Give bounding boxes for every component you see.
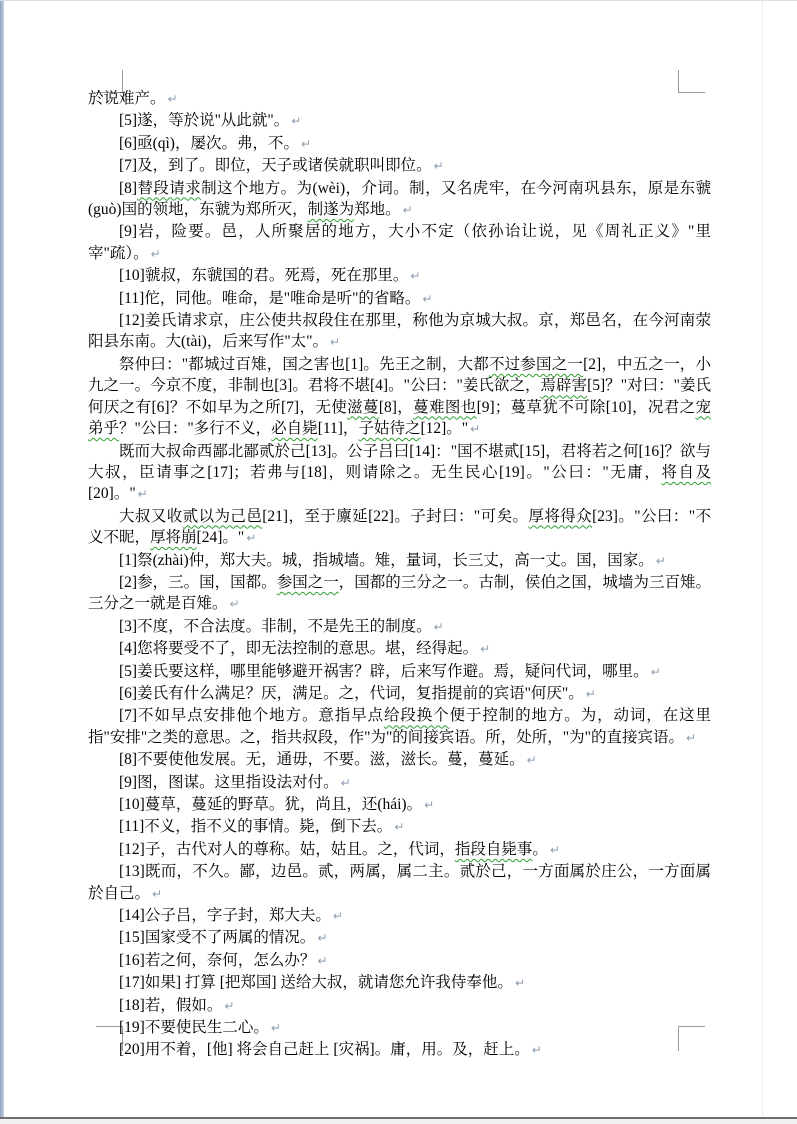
grammar-check-wavy-text: 制遂为 [308,201,355,218]
paragraph: [9]图，图谋。这里指设法对付。↵ [88,772,711,794]
text-run: [19]不要使民生二心。 [119,1019,269,1036]
window-left-edge [0,0,4,1124]
paragraph: [10]蔓草，蔓延的野草。犹，尚且，还(hái)。↵ [88,794,711,816]
text-run: [13]既而，不久。鄙，边邑。贰，两属，属二主。贰於己，一方面属於庄公，一方面属… [88,863,711,901]
text-run: ？"公曰："多行不义， [119,420,271,437]
text-run: [20]。" [88,485,136,502]
paragraph-mark-icon: ↵ [152,887,162,901]
paragraph: [7]不如早点安排他个地方。意指早点给段换个便于控制的地方。为，动词，在这里指"… [88,705,711,749]
paragraph: [12]姜氏请求京，庄公使共叔段住在那里，称他为京城大叔。京，郑邑名，在今河南荥… [88,310,711,354]
grammar-check-wavy-text: 不过参国之一 [489,356,583,373]
grammar-check-wavy-text: 蔓难图也 [413,399,476,416]
paragraph-mark-icon: ↵ [550,843,560,857]
paragraph-mark-icon: ↵ [341,776,351,790]
text-run: 既而大叔命西鄙北鄙贰於己[13]。公子吕曰[14]："国不堪贰[15]，君将若之… [88,443,711,481]
text-run: [7]不如早点安排他个地方。意指早点 [119,707,384,724]
paragraph-mark-icon: ↵ [138,487,148,501]
paragraph-mark-icon: ↵ [434,620,444,634]
paragraph-mark-icon: ↵ [470,422,480,436]
text-run: [9]岩，险要。邑，人所聚居的地方，大小不定（依孙诒让说，见《周礼正义》"里宰"… [88,223,711,261]
text-run: [18]若，假如。 [119,997,222,1014]
paragraph-mark-icon: ↵ [424,798,434,812]
paragraph-mark-icon: ↵ [224,999,234,1013]
paragraph-mark-icon: ↵ [515,976,525,990]
paragraph-mark-icon: ↵ [586,687,596,701]
paragraph-mark-icon: ↵ [527,753,537,767]
text-run: [11]， [318,420,359,437]
paragraph-mark-icon: ↵ [394,820,404,834]
text-run: 於说难产。 [88,90,166,107]
paragraph-mark-icon: ↵ [230,597,240,611]
text-run: [9]；蔓草犹不可除[10]，况君之 [477,399,696,416]
grammar-check-wavy-text: 焉辟害 [541,377,588,394]
paragraph: 於说难产。↵ [88,88,711,110]
paragraph: [6]姜氏有什么满足？厌，满足。之，代词，复指提前的宾语"何厌"。↵ [88,683,711,705]
text-run: 。 [532,841,548,858]
text-run: 祭仲曰："都城过百雉，国之害也[1]。先王之制，大都 [119,356,489,373]
paragraph-mark-icon: ↵ [403,203,413,217]
paragraph-mark-icon: ↵ [151,247,161,261]
paragraph: [8]不要使他发展。无，通毋，不要。滋，滋长。蔓，蔓延。↵ [88,749,711,771]
grammar-check-wavy-text: 替段请求 [137,180,201,197]
paragraph: [2]参，三。国，国都。参国之一，国都的三分之一。古制，侯伯之国，城墙为三百雉。… [88,572,711,616]
text-run: [8]， [379,399,413,416]
text-run: [8] [119,180,137,197]
text-run: [12]子，古代对人的尊称。姑，姑且。之，代词， [119,841,455,858]
text-run: [15]国家受不了两属的情况。 [119,929,315,946]
paragraph: [8]替段请求制这个地方。为(wèi)，介词。制，又名虎牢，在今河南巩县东，原是… [88,178,711,222]
text-run: [10]虢叔，东虢国的君。死焉，死在那里。 [119,267,408,284]
grammar-check-wavy-text: 将自及 [661,464,711,481]
grammar-check-wavy-text: 厚将得众 [528,508,592,525]
paragraph: [18]若，假如。↵ [88,995,711,1017]
text-run: [6]姜氏有什么满足？厌，满足。之，代词，复指提前的宾语"何厌"。 [119,685,584,702]
grammar-check-wavy-text: 参国之一 [277,574,339,591]
grammar-check-wavy-text: 贰以为己邑 [183,508,263,525]
document-body[interactable]: 於说难产。↵[5]遂，等於说"从此就"。↵[6]亟(qì)，屡次。弗，不。↵[7… [88,88,711,1062]
text-run: [20]用不着，[他] 将会自己赶上 [灾祸]。庸，用。及，赶上。 [119,1041,530,1058]
paragraph: [12]子，古代对人的尊称。姑，姑且。之，代词，指段自毙事。↵ [88,839,711,861]
paragraph: [4]您将要受不了，即无法控制的意思。堪，经得起。↵ [88,638,711,660]
text-run: [12]。" [420,420,468,437]
text-run: [5]遂，等於说"从此就"。 [119,112,289,129]
text-run: [11]佗，同他。唯命，是"唯命是听"的省略。 [119,290,420,307]
paragraph: [17]如果] 打算 [把郑国] 送给大叔，就请您允许我侍奉他。↵ [88,972,711,994]
paragraph-mark-icon: ↵ [330,335,340,349]
paragraph: [6]亟(qì)，屡次。弗，不。↵ [88,133,711,155]
grammar-check-wavy-text: 给段换个 [384,707,450,724]
text-run: [24]。" [197,529,245,546]
paragraph: [7]及，到了。即位，天子或诸侯就职叫即位。↵ [88,155,711,177]
paragraph: 祭仲曰："都城过百雉，国之害也[1]。先王之制，大都不过参国之一[2]，中五之一… [88,354,711,441]
paragraph: [19]不要使民生二心。↵ [88,1017,711,1039]
text-run: [17]如果] 打算 [把郑国] 送给大叔，就请您允许我侍奉他。 [119,974,513,991]
paragraph-mark-icon: ↵ [532,1043,542,1057]
text-run: [6]亟(qì)，屡次。弗，不。 [119,135,299,152]
paragraph-mark-icon: ↵ [651,665,661,679]
paragraph-mark-icon: ↵ [271,1021,281,1035]
paragraph-mark-icon: ↵ [422,292,432,306]
text-run: 郑地。 [354,201,401,218]
paragraph-mark-icon: ↵ [317,931,327,945]
paragraph: [5]姜氏要这样，哪里能够避开祸害？辟，后来写作避。焉，疑问代词，哪里。↵ [88,661,711,683]
text-run: [11]不义，指不义的事情。毙，倒下去。 [119,818,392,835]
grammar-check-wavy-text: 厚将崩 [150,529,197,546]
paragraph: [11]不义，指不义的事情。毙，倒下去。↵ [88,816,711,838]
text-run: [2]参，三。国，国都。 [119,574,277,591]
paragraph: [16]若之何，奈何，怎么办？↵ [88,950,711,972]
grammar-check-wavy-text: 指段自毙事 [455,841,533,858]
text-run: [5]姜氏要这样，哪里能够避开祸害？辟，后来写作避。焉，疑问代词，哪里。 [119,663,649,680]
paragraph: [13]既而，不久。鄙，边邑。贰，两属，属二主。贰於己，一方面属於庄公，一方面属… [88,861,711,905]
paragraph-mark-icon: ↵ [410,269,420,283]
paragraph-mark-icon: ↵ [168,92,178,106]
grammar-check-wavy-text: 必自毙 [271,420,318,437]
text-run: [16]若之何，奈何，怎么办？ [119,952,315,969]
text-run: [10]蔓草，蔓延的野草。犹，尚且，还(hái)。 [119,796,422,813]
word-page: 於说难产。↵[5]遂，等於说"从此就"。↵[6]亟(qì)，屡次。弗，不。↵[7… [0,0,797,1124]
paragraph-mark-icon: ↵ [317,954,327,968]
text-run: [9]图，图谋。这里指设法对付。 [119,774,339,791]
paragraph-mark-icon: ↵ [656,554,666,568]
paragraph-mark-icon: ↵ [480,642,490,656]
text-run: [4]您将要受不了，即无法控制的意思。堪，经得起。 [119,640,478,657]
text-run: [21]，至于廪延[22]。子封曰："可矣。 [262,508,528,525]
paragraph: [5]遂，等於说"从此就"。↵ [88,110,711,132]
text-run: [7]及，到了。即位，天子或诸侯就职叫即位。 [119,157,432,174]
page-right-edge [762,0,763,1117]
text-run: [12]姜氏请求京，庄公使共叔段住在那里，称他为京城大叔。京，郑邑名，在今河南荥… [88,312,711,350]
paragraph-mark-icon: ↵ [246,531,256,545]
paragraph-mark-icon: ↵ [333,909,343,923]
paragraph: [3]不度，不合法度。非制，不是先王的制度。↵ [88,616,711,638]
grammar-check-wavy-text: 滋蔓 [347,399,379,416]
paragraph-mark-icon: ↵ [301,137,311,151]
text-run: [1]祭(zhài)仲，郑大夫。城，指城墙。雉，量词，长三丈，高一丈。国，国家。 [119,552,654,569]
paragraph: [1]祭(zhài)仲，郑大夫。城，指城墙。雉，量词，长三丈，高一丈。国，国家。… [88,550,711,572]
paragraph: [11]佗，同他。唯命，是"唯命是听"的省略。↵ [88,288,711,310]
paragraph: 大叔又收贰以为己邑[21]，至于廪延[22]。子封曰："可矣。厚将得众[23]。… [88,506,711,550]
paragraph-mark-icon: ↵ [686,731,696,745]
text-run: [8]不要使他发展。无，通毋，不要。滋，滋长。蔓，蔓延。 [119,751,525,768]
paragraph: [9]岩，险要。邑，人所聚居的地方，大小不定（依孙诒让说，见《周礼正义》"里宰"… [88,221,711,265]
paragraph-mark-icon: ↵ [434,159,444,173]
paragraph-mark-icon: ↵ [291,114,301,128]
text-run: 大叔又收 [119,508,183,525]
text-run: [3]不度，不合法度。非制，不是先王的制度。 [119,618,432,635]
area-below-page [0,1119,797,1124]
paragraph: [10]虢叔，东虢国的君。死焉，死在那里。↵ [88,265,711,287]
grammar-check-wavy-text: 子姑待之 [358,420,420,437]
paragraph: [14]公子吕，字子封，郑大夫。↵ [88,905,711,927]
page-top-edge [0,0,797,1]
paragraph: 既而大叔命西鄙北鄙贰於己[13]。公子吕曰[14]："国不堪贰[15]，君将若之… [88,441,711,506]
text-run: [14]公子吕，字子封，郑大夫。 [119,907,331,924]
paragraph: [15]国家受不了两属的情况。↵ [88,927,711,949]
paragraph: [20]用不着，[他] 将会自己赶上 [灾祸]。庸，用。及，赶上。↵ [88,1039,711,1061]
